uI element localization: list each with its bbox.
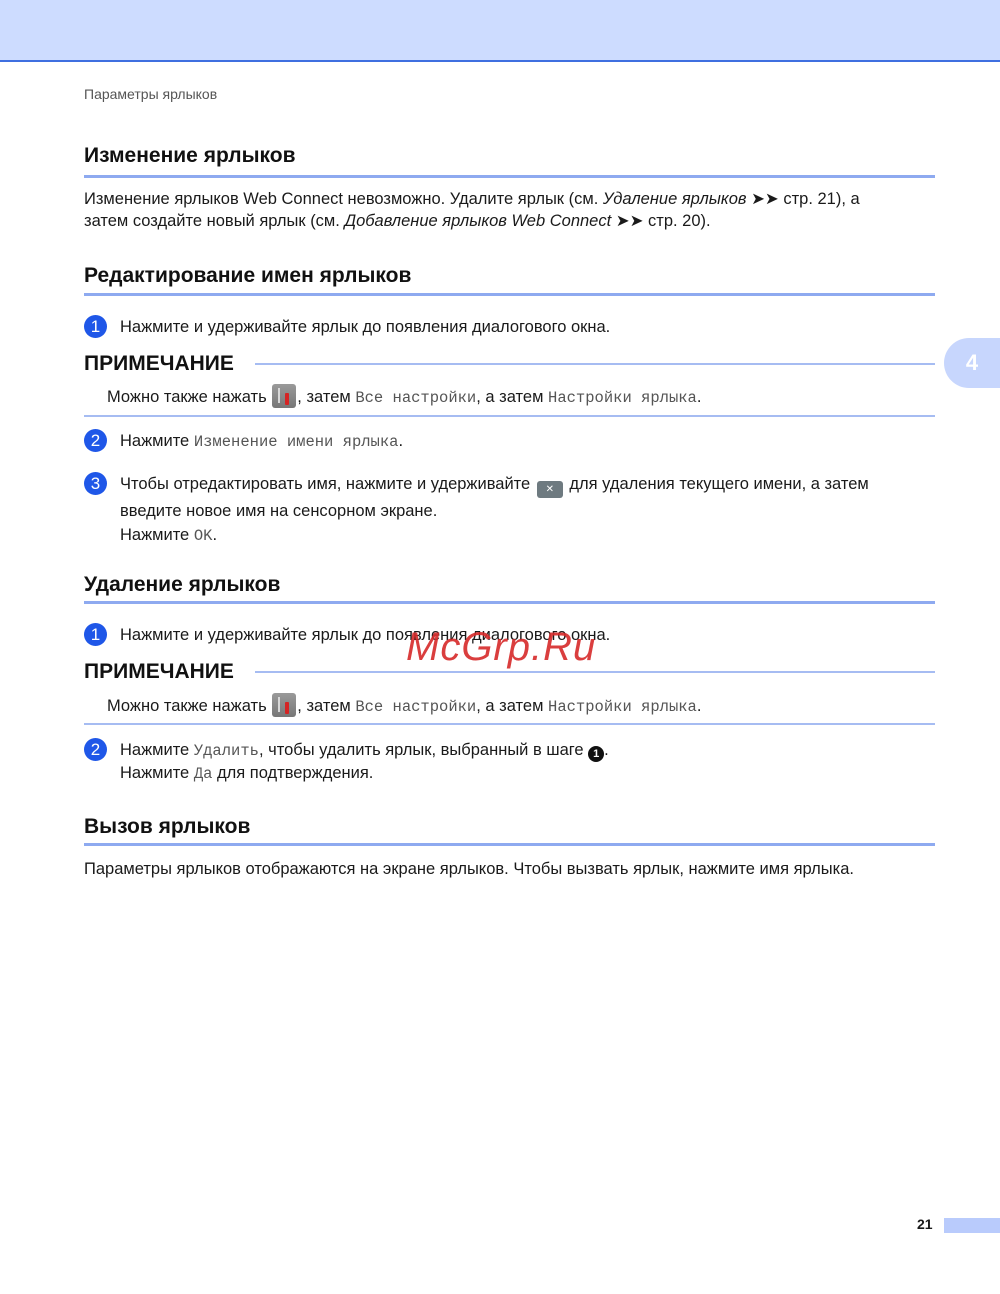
recall-paragraph: Параметры ярлыков отображаются на экране… [84, 858, 944, 880]
note-body: Можно также нажать , затем Все настройки… [107, 693, 701, 718]
section-rule [84, 175, 935, 178]
text: Нажмите [120, 764, 194, 782]
section-rule [84, 843, 935, 846]
section-rule [84, 601, 935, 604]
link-add-web-connect[interactable]: Добавление ярлыков Web Connect [344, 212, 611, 230]
text: Чтобы отредактировать имя, нажмите и уде… [120, 475, 535, 493]
note-rule [255, 671, 935, 673]
text: Можно также нажать [107, 388, 271, 406]
text: Нажмите [120, 741, 194, 759]
menu-shortcut-settings: Настройки ярлыка [548, 389, 697, 407]
note-rule [255, 363, 935, 365]
chapter-tab[interactable]: 4 [944, 338, 1000, 388]
ok-button-label: OK [194, 527, 213, 545]
note-title: ПРИМЕЧАНИЕ [84, 660, 234, 684]
menu-all-settings: Все настройки [355, 389, 476, 407]
step-reference-icon: 1 [588, 746, 604, 762]
step-number-icon: 1 [84, 315, 107, 338]
menu-shortcut-settings: Настройки ярлыка [548, 698, 697, 716]
text: стр. 20). [643, 212, 710, 230]
double-arrow-icon: ➤➤ [616, 212, 644, 230]
page-footer-bar [944, 1218, 1000, 1233]
change-paragraph: Изменение ярлыков Web Connect невозможно… [84, 188, 944, 232]
section-title-delete: Удаление ярлыков [84, 573, 280, 597]
step-number-icon: 3 [84, 472, 107, 495]
text: , а затем [476, 697, 548, 715]
text: , чтобы удалить ярлык, выбранный в шаге [259, 741, 588, 759]
note-title: ПРИМЕЧАНИЕ [84, 352, 234, 376]
text: , затем [297, 697, 355, 715]
text: Изменение ярлыков Web Connect невозможно… [84, 190, 603, 208]
double-arrow-icon: ➤➤ [751, 190, 779, 208]
note-body: Можно также нажать , затем Все настройки… [107, 384, 701, 409]
note-end-rule [84, 723, 935, 725]
backspace-icon: ✕ [537, 481, 563, 498]
menu-all-settings: Все настройки [355, 698, 476, 716]
menu-rename: Изменение имени ярлыка [194, 433, 399, 451]
section-title-change: Изменение ярлыков [84, 144, 296, 168]
step-text: Нажмите Изменение имени ярлыка. [120, 430, 950, 453]
link-delete-shortcuts[interactable]: Удаление ярлыков [603, 190, 747, 208]
step-number-icon: 2 [84, 429, 107, 452]
settings-tools-icon [272, 693, 296, 717]
page-number: 21 [917, 1216, 933, 1232]
text: введите новое имя на сенсорном экране. [120, 502, 437, 520]
text: Можно также нажать [107, 697, 271, 715]
section-rule [84, 293, 935, 296]
section-title-rename: Редактирование имен ярлыков [84, 264, 411, 288]
section-title-recall: Вызов ярлыков [84, 815, 250, 839]
step-number-icon: 2 [84, 738, 107, 761]
text: . [697, 388, 702, 406]
text: стр. 21), а [779, 190, 860, 208]
settings-tools-icon [272, 384, 296, 408]
text: . [212, 526, 217, 544]
text: Нажмите [120, 432, 194, 450]
note-end-rule [84, 415, 935, 417]
text: , затем [297, 388, 355, 406]
step-text: Чтобы отредактировать имя, нажмите и уде… [120, 473, 950, 547]
text: . [398, 432, 403, 450]
text: затем создайте новый ярлык (см. [84, 212, 344, 230]
step-number-icon: 1 [84, 623, 107, 646]
text: для подтверждения. [212, 764, 373, 782]
running-header: Параметры ярлыков [84, 86, 217, 102]
text: , а затем [476, 388, 548, 406]
watermark: McGrp.Ru [406, 625, 596, 670]
text: . [604, 741, 609, 759]
step-text: Нажмите Удалить, чтобы удалить ярлык, вы… [120, 739, 950, 785]
yes-button-label: Да [194, 765, 213, 783]
step-text: Нажмите и удерживайте ярлык до появления… [120, 316, 950, 338]
menu-delete: Удалить [194, 742, 259, 760]
top-banner [0, 0, 1000, 62]
text: для удаления текущего имени, а затем [565, 475, 869, 493]
text: . [697, 697, 702, 715]
text: Нажмите [120, 526, 194, 544]
